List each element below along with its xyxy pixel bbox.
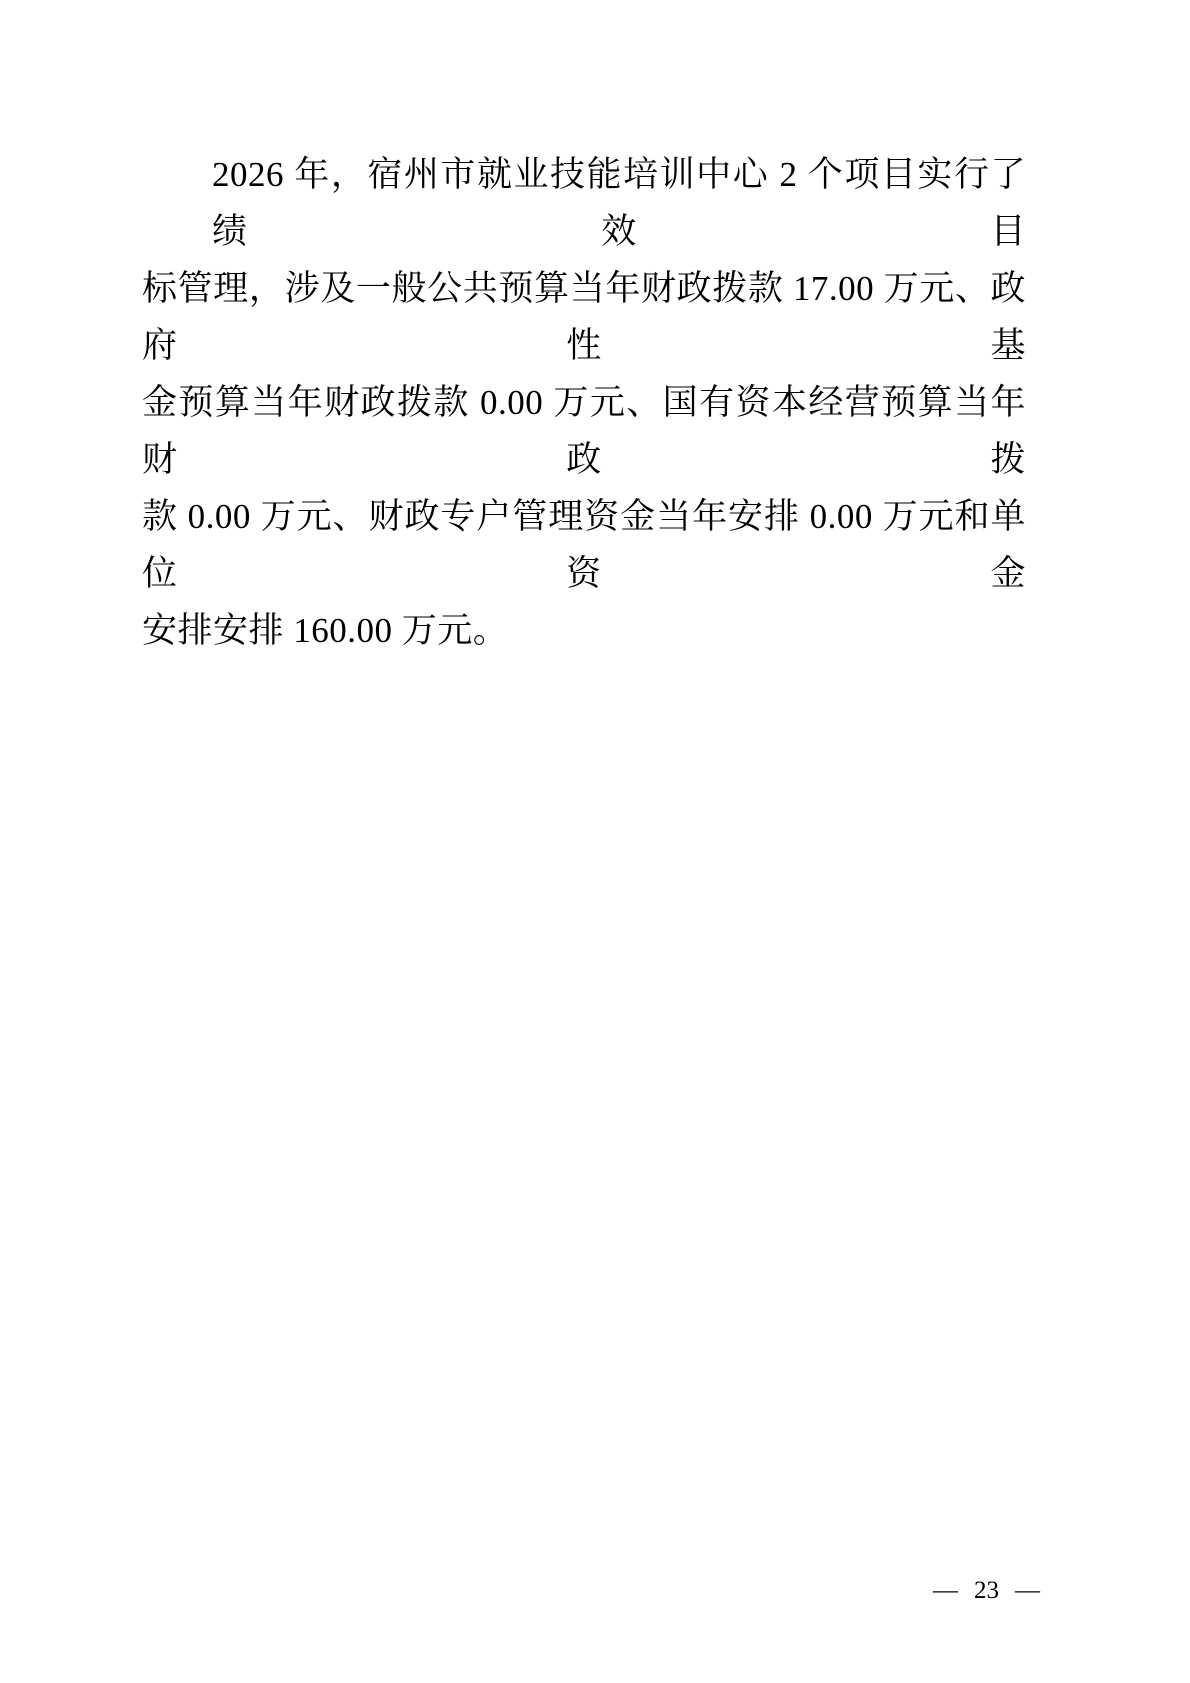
paragraph-line: 款 0.00 万元、财政专户管理资金当年安排 0.00 万元和单位资金 xyxy=(142,488,1026,602)
document-page: 2026 年，宿州市就业技能培训中心 2 个项目实行了绩效目 标管理，涉及一般公… xyxy=(0,0,1190,1683)
body-paragraph: 2026 年，宿州市就业技能培训中心 2 个项目实行了绩效目 标管理，涉及一般公… xyxy=(142,146,1026,659)
paragraph-line: 2026 年，宿州市就业技能培训中心 2 个项目实行了绩效目 xyxy=(142,146,1026,260)
paragraph-line: 标管理，涉及一般公共预算当年财政拨款 17.00 万元、政府性基 xyxy=(142,260,1026,374)
footer-dash-right: — xyxy=(1015,1576,1040,1606)
footer-dash-left: — xyxy=(933,1576,958,1606)
page-number: 23 xyxy=(974,1576,999,1606)
paragraph-line: 安排安排 160.00 万元。 xyxy=(142,602,1026,659)
page-footer: — 23 — xyxy=(933,1576,1040,1606)
paragraph-line: 金预算当年财政拨款 0.00 万元、国有资本经营预算当年财政拨 xyxy=(142,374,1026,488)
